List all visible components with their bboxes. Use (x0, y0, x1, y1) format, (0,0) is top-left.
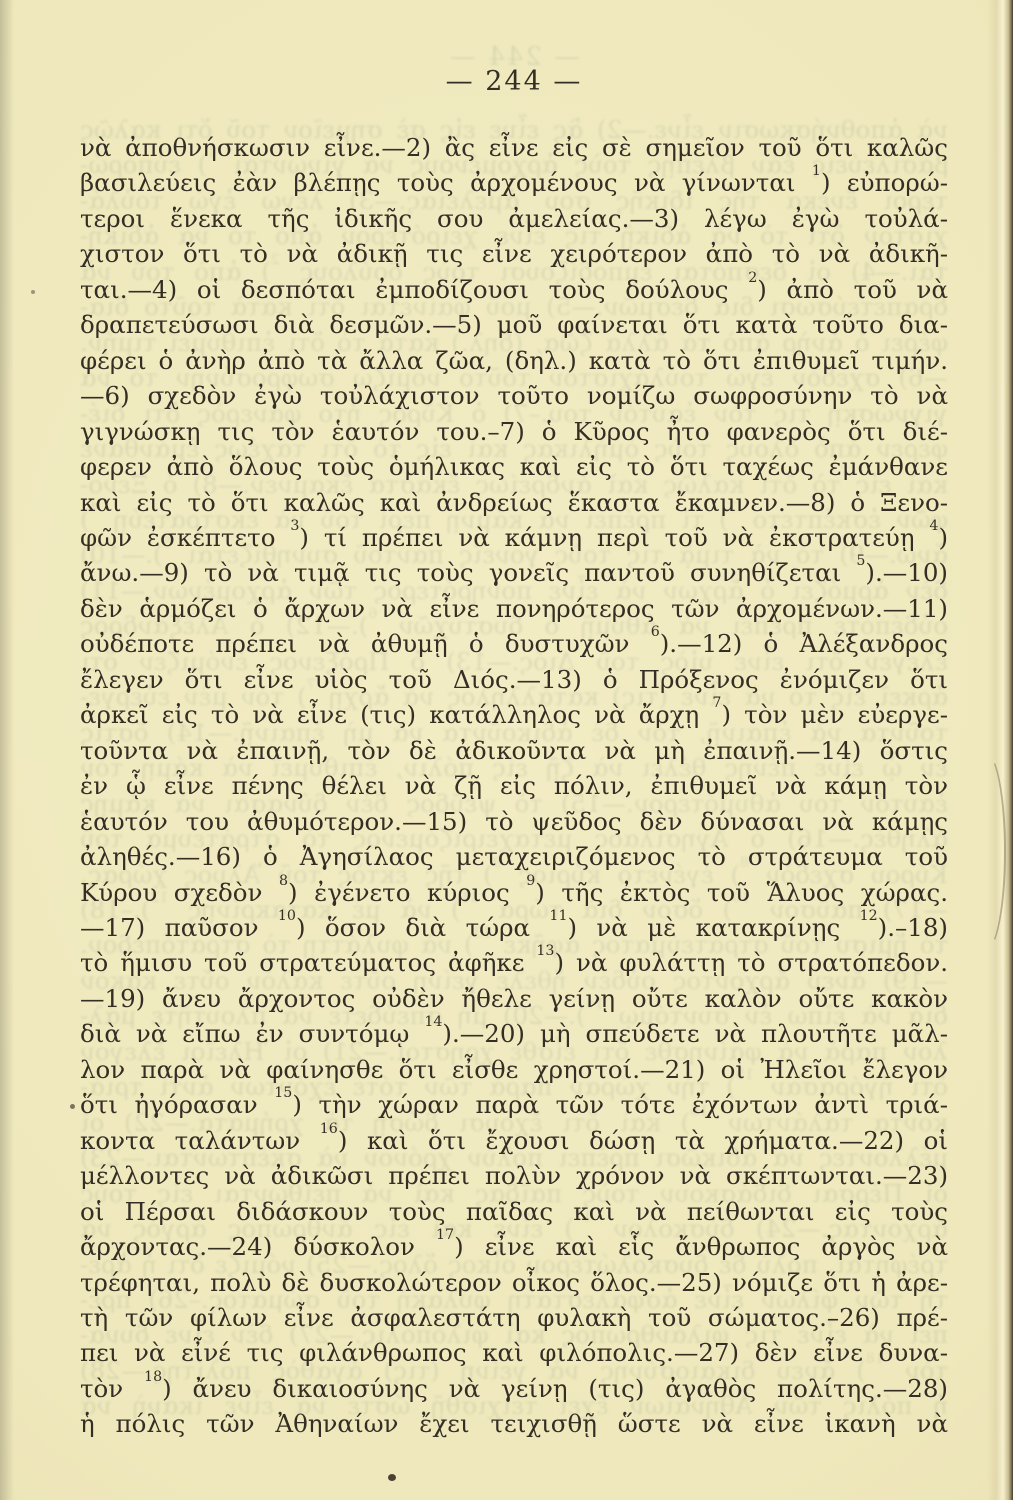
text-line: οἱ Πέρσαι διδάσκουν τοὺς παῖδας καὶ νὰ π… (80, 1194, 948, 1229)
page-header: — 244 — (80, 66, 948, 97)
text-line: καὶ εἰς τὸ ὅτι καλῶς καὶ ἀνδρείως ἕκαστα… (80, 485, 948, 520)
text-block: νὰ ἀποθνήσκωσιν εἶνε.—2) ἂς εἶνε εἰς σὲ … (80, 130, 948, 1442)
text-line: μέλλοντες νὰ ἀδικῶσι πρέπει πολὺν χρόνον… (80, 1158, 948, 1193)
text-line: φερεν ἀπὸ ὅλους τοὺς ὁμήλικας καὶ εἰς τὸ… (80, 449, 948, 484)
footnote-ref: 14 (424, 1014, 442, 1030)
text-line: τοῦντα νὰ ἐπαινῇ, τὸν δὲ ἀδικοῦντα νὰ μὴ… (80, 733, 948, 768)
footnote-ref: 3 (290, 518, 299, 534)
ink-speck (388, 1474, 396, 1481)
footnote-ref: 17 (436, 1227, 454, 1243)
text-line: λον παρὰ νὰ φαίνησθε ὅτι εἶσθε χρηστοί.—… (80, 1052, 948, 1087)
text-line: ἀρκεῖ εἰς τὸ νὰ εἶνε (τις) κατάλληλος νὰ… (80, 697, 948, 732)
text-line: ἐν ᾧ εἶνε πένης θέλει νὰ ζῇ εἰς πόλιν, ἐ… (80, 768, 948, 803)
text-line: —19) ἄνευ ἄρχοντος οὐδὲν ἤθελε γείνῃ οὔτ… (80, 981, 948, 1016)
text-line: τρέφηται, πολὺ δὲ δυσκολώτερον οἶκος ὅλο… (80, 1265, 948, 1300)
text-line: οὐδέποτε πρέπει νὰ ἀθυμῇ ὁ δυστυχῶν 6).—… (80, 626, 948, 661)
page-left-edge-shading (0, 0, 14, 1500)
text-line: φέρει ὁ ἀνὴρ ἀπὸ τὰ ἄλλα ζῶα, (δηλ.) κατ… (80, 343, 948, 378)
footnote-ref: 1 (812, 163, 821, 179)
footnote-ref: 11 (549, 908, 567, 924)
text-line: Κύρου σχεδὸν 8) ἐγένετο κύριος 9) τῆς ἐκ… (80, 875, 948, 910)
text-line: ἄνω.—9) τὸ νὰ τιμᾷ τις τοὺς γονεῖς παντο… (80, 555, 948, 590)
footnote-ref: 6 (651, 624, 660, 640)
text-line: κοντα ταλάντων 16) καὶ ὅτι ἔχουσι δώσῃ τ… (80, 1123, 948, 1158)
text-line: —17) παῦσον 10) ὅσον διὰ τώρα 11) νὰ μὲ … (80, 910, 948, 945)
footnote-ref: 7 (712, 695, 721, 711)
text-line: βασιλεύεις ἐὰν βλέπῃς τοὺς ἀρχομένους νὰ… (80, 165, 948, 200)
text-line: ὅτι ἠγόρασαν 15) τὴν χώραν παρὰ τῶν τότε… (80, 1087, 948, 1122)
footnote-ref: 5 (856, 553, 865, 569)
page-curl-line (966, 752, 1006, 951)
text-line: φῶν ἐσκέπτετο 3) τί πρέπει νὰ κάμνῃ περὶ… (80, 520, 948, 555)
footnote-ref: 15 (274, 1085, 292, 1101)
text-line: γιγνώσκῃ τις τὸν ἑαυτόν του.–7) ὁ Κῦρος … (80, 414, 948, 449)
page-right-edge-shadow (987, 0, 1013, 1500)
text-line: ἀληθές.—16) ὁ Ἀγησίλαος μεταχειριζόμενος… (80, 839, 948, 874)
ink-speck (70, 1104, 75, 1109)
ink-speck (31, 290, 35, 294)
text-line: ἄρχοντας.—24) δύσκολον 17) εἶνε καὶ εἷς … (80, 1229, 948, 1264)
footnote-ref: 13 (536, 943, 554, 959)
text-line: δὲν ἁρμόζει ὁ ἄρχων νὰ εἶνε πονηρότερος … (80, 591, 948, 626)
footnote-ref: 4 (929, 518, 938, 534)
footnote-ref: 16 (320, 1121, 338, 1137)
footnote-ref: 9 (526, 873, 535, 889)
text-line: ἑαυτόν του ἀθυμότερον.—15) τὸ ψεῦδος δὲν… (80, 804, 948, 839)
text-line: πει νὰ εἶνέ τις φιλάνθρωπος καὶ φιλόπολι… (80, 1335, 948, 1370)
text-line: χιστον ὅτι τὸ νὰ ἀδικῇ τις εἶνε χειρότερ… (80, 236, 948, 271)
text-line: —6) σχεδὸν ἐγὼ τοὐλάχιστον τοῦτο νομίζω … (80, 378, 948, 413)
text-line: δραπετεύσωσι διὰ δεσμῶν.—5) μοῦ φαίνεται… (80, 307, 948, 342)
footnote-ref: 12 (860, 908, 878, 924)
text-line: ἔλεγεν ὅτι εἶνε υἱὸς τοῦ Διός.—13) ὁ Πρό… (80, 662, 948, 697)
text-line: νὰ ἀποθνήσκωσιν εἶνε.—2) ἂς εἶνε εἰς σὲ … (80, 130, 948, 165)
text-line: τὸ ἥμισυ τοῦ στρατεύματος ἀφῆκε 13) νὰ φ… (80, 945, 948, 980)
text-line: ται.—4) οἱ δεσπόται ἐμποδίζουσι τοὺς δού… (80, 272, 948, 307)
text-line: τὸν 18) ἄνευ δικαιοσύνης νὰ γείνῃ (τις) … (80, 1371, 948, 1406)
page-number: — 244 — (446, 66, 583, 97)
book-page: — 244 — νὰ ἀποθνήσκωσιν εἶνε.—2) ἂς εἶνε… (0, 0, 1013, 1500)
footnote-ref: 18 (144, 1369, 162, 1385)
text-line: τεροι ἕνεκα τῆς ἰδικῆς σου ἀμελείας.—3) … (80, 201, 948, 236)
footnote-ref: 2 (748, 270, 757, 286)
footnote-ref: 10 (278, 908, 296, 924)
text-line: ἡ πόλις τῶν Ἀθηναίων ἔχει τειχισθῇ ὥστε … (80, 1406, 948, 1441)
text-line: διὰ νὰ εἴπω ἐν συντόμῳ 14).—20) μὴ σπεύδ… (80, 1016, 948, 1051)
footnote-ref: 8 (279, 873, 288, 889)
text-line: τὴ τῶν φίλων εἶνε ἀσφαλεστάτη φυλακὴ τοῦ… (80, 1300, 948, 1335)
